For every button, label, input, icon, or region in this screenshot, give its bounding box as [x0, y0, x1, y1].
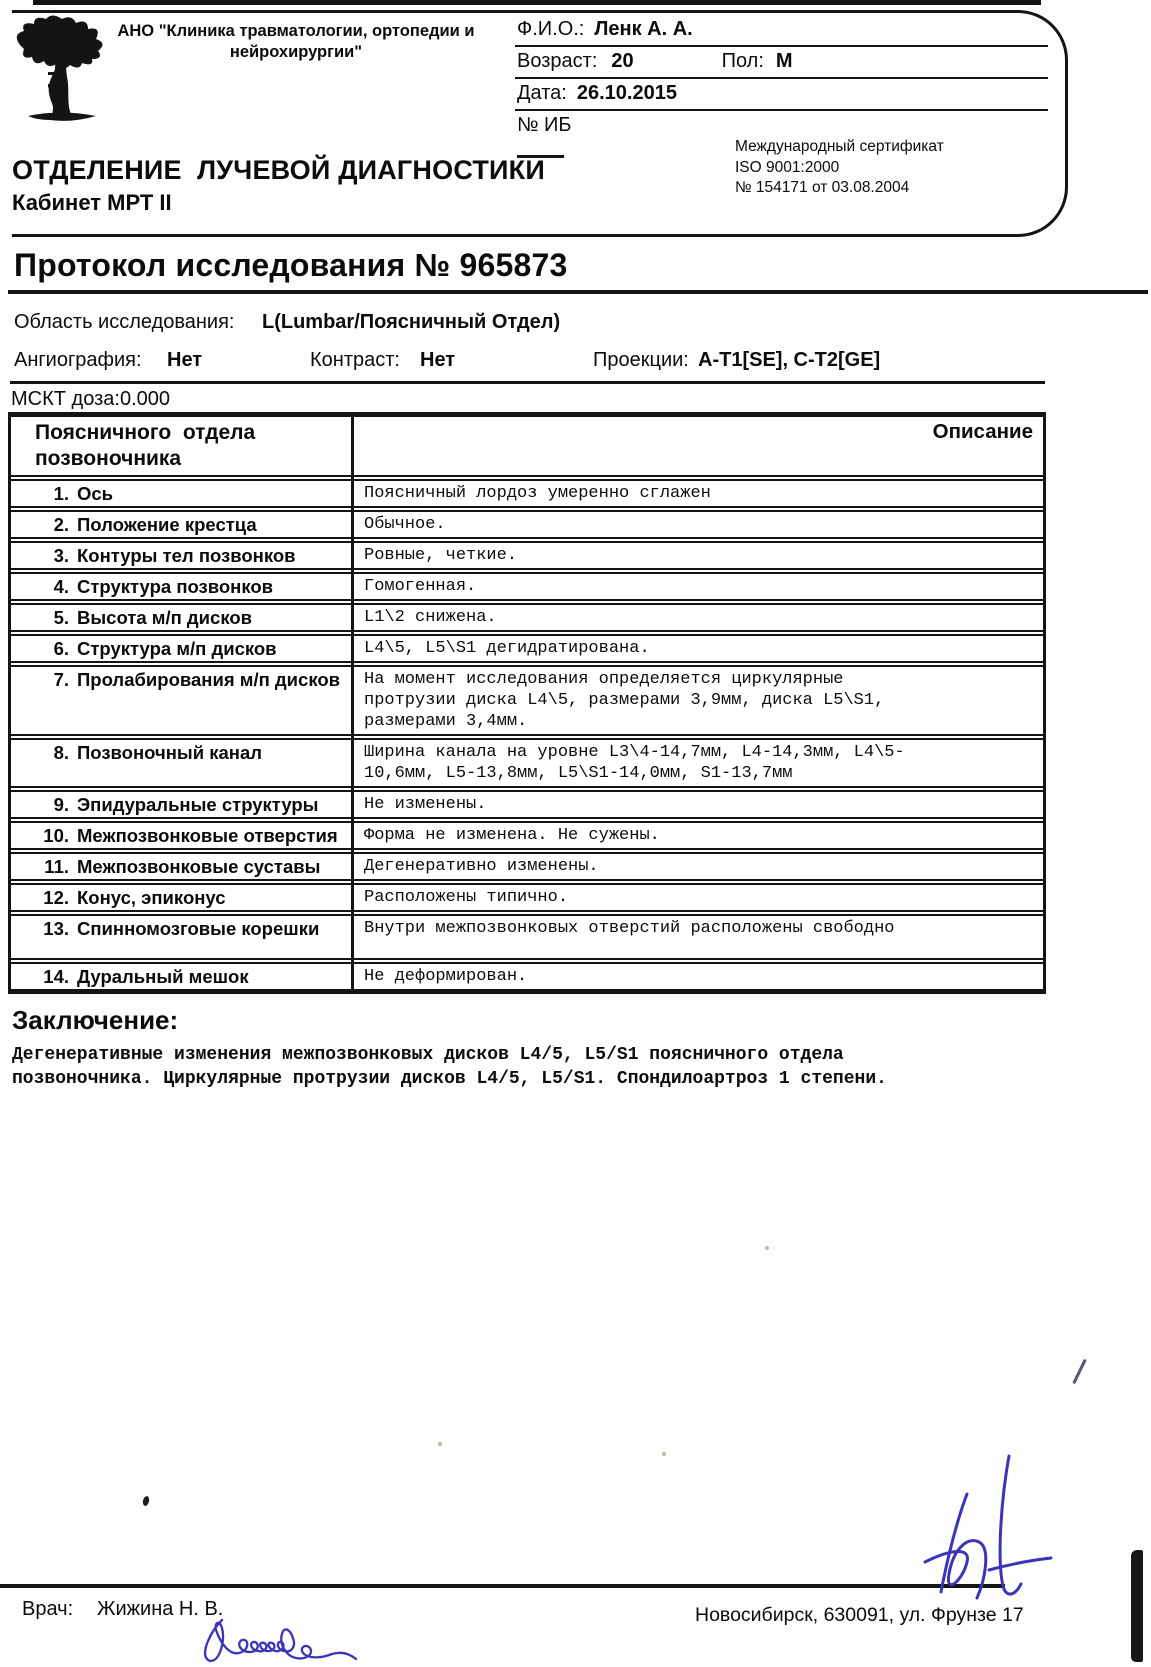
row-value: L4\5, L5\S1 дегидратирована. [351, 636, 1043, 661]
row-label: 4.Структура позвонков [11, 574, 351, 599]
row-label: 13.Спинномозговые корешки [11, 916, 351, 958]
row-value: Поясничный лордоз умеренно сглажен [351, 481, 1043, 506]
table-row: 1.ОсьПоясничный лордоз умеренно сглажен [11, 479, 1043, 508]
scan-speck [765, 1246, 769, 1250]
age-label: Возраст: [517, 50, 597, 73]
row-label-text: Пролабирования м/п дисков [77, 669, 340, 732]
row-number: 12. [11, 887, 69, 908]
date-label: Дата: [517, 82, 567, 105]
row-label-text: Дуральный мешок [77, 966, 249, 987]
scan-edge-artifact [33, 0, 1041, 5]
row-label-text: Спинномозговые корешки [77, 918, 319, 956]
certificate-line1: Международный сертификат [735, 137, 944, 158]
row-number: 10. [11, 825, 69, 846]
row-label: 5.Высота м/п дисков [11, 605, 351, 630]
row-number: 4. [11, 576, 69, 597]
table-row: 4.Структура позвонковГомогенная. [11, 572, 1043, 601]
row-value: Форма не изменена. Не сужены. [351, 823, 1043, 848]
row-value: Внутри межпозвонковых отверстий располож… [351, 916, 1043, 958]
row-value: Ширина канала на уровне L3\4-14,7мм, L4-… [351, 740, 1043, 786]
row-label: 14.Дуральный мешок [11, 964, 351, 989]
row-label: 12.Конус, эпиконус [11, 885, 351, 910]
row-label: 3.Контуры тел позвонков [11, 543, 351, 568]
clinic-logo-tree-icon [10, 15, 110, 125]
field-fio: Ф.И.О.: Ленк А. А. [515, 15, 1048, 47]
cabinet-title: Кабинет МРТ II [12, 190, 172, 216]
table-header-description: Описание [351, 417, 1043, 475]
row-label-text: Высота м/п дисков [77, 607, 252, 628]
date-value: 26.10.2015 [577, 82, 677, 105]
contrast-value: Нет [420, 349, 455, 372]
msct-dose: МСКТ доза:0.000 [11, 388, 170, 411]
content-flow: Поясничного отдела позвоночника Описание… [8, 412, 1046, 1092]
department-title: ОТДЕЛЕНИЕ ЛУЧЕВОЙ ДИАГНОСТИКИ [12, 155, 545, 186]
certificate-line2: ISO 9001:2000 [735, 158, 944, 179]
table-row: 3.Контуры тел позвонковРовные, четкие. [11, 541, 1043, 570]
row-value: Расположены типично. [351, 885, 1043, 910]
row-label: 9.Эпидуральные структуры [11, 792, 351, 817]
row-label-text: Конус, эпиконус [77, 887, 226, 908]
clinic-name-line1: АНО "Клиника травматологии, ортопедии и [116, 21, 476, 42]
row-label: 8.Позвоночный канал [11, 740, 351, 786]
table-row: 9.Эпидуральные структурыНе изменены. [11, 790, 1043, 819]
row-label: 7.Пролабирования м/п дисков [11, 667, 351, 734]
row-label-text: Межпозвонковые отверстия [77, 825, 338, 846]
row-number: 6. [11, 638, 69, 659]
row-number: 8. [11, 742, 69, 784]
sex-value: М [776, 50, 793, 73]
row-label: 1.Ось [11, 481, 351, 506]
table-row: 2.Положение крестцаОбычное. [11, 510, 1043, 539]
scan-speck [662, 1452, 666, 1456]
protocol-title: Протокол исследования № 965873 [14, 247, 567, 284]
row-value: Обычное. [351, 512, 1043, 537]
case-number-label: № ИБ [517, 114, 572, 137]
row-number: 5. [11, 607, 69, 628]
conclusion-title: Заключение: [12, 1005, 1046, 1036]
row-value: Не деформирован. [351, 964, 1043, 989]
angiography-value: Нет [167, 349, 202, 372]
row-number: 7. [11, 669, 69, 732]
row-value: На момент исследования определяется цирк… [351, 667, 1043, 734]
table-row: 12.Конус, эпиконусРасположены типично. [11, 883, 1043, 912]
field-age-sex: Возраст: 20 Пол: М [515, 47, 1048, 79]
row-label-text: Межпозвонковые суставы [77, 856, 320, 877]
row-label: 10.Межпозвонковые отверстия [11, 823, 351, 848]
row-number: 13. [11, 918, 69, 956]
doctor-signature [192, 1612, 377, 1667]
table-column-divider [351, 415, 354, 991]
row-label: 2.Положение крестца [11, 512, 351, 537]
clinic-name: АНО "Клиника травматологии, ортопедии и … [116, 21, 476, 62]
row-number: 9. [11, 794, 69, 815]
table-row: 7.Пролабирования м/п дисковНа момент исс… [11, 665, 1043, 736]
row-label-text: Контуры тел позвонков [77, 545, 296, 566]
table-row: 8.Позвоночный каналШирина канала на уров… [11, 738, 1043, 788]
row-value: Гомогенная. [351, 574, 1043, 599]
row-value: L1\2 снижена. [351, 605, 1043, 630]
field-date: Дата: 26.10.2015 [515, 79, 1048, 111]
area-value: L(Lumbar/Поясничный Отдел) [262, 311, 560, 334]
table-header-region: Поясничного отдела позвоночника [11, 417, 351, 475]
row-number: 14. [11, 966, 69, 987]
row-label-text: Эпидуральные структуры [77, 794, 318, 815]
second-signature [905, 1450, 1055, 1602]
angiography-label: Ангиография: [14, 349, 142, 372]
table-row: 13.Спинномозговые корешкиВнутри межпозво… [11, 914, 1043, 960]
table-row: 11.Межпозвонковые суставыДегенеративно и… [11, 852, 1043, 881]
certificate-line3: № 154171 от 03.08.2004 [735, 178, 944, 199]
row-number: 1. [11, 483, 69, 504]
pen-slash-artifact [1072, 1359, 1087, 1385]
row-value: Не изменены. [351, 792, 1043, 817]
findings-rows: 1.ОсьПоясничный лордоз умеренно сглажен2… [11, 479, 1043, 991]
separator-line [8, 290, 1148, 294]
sex-label: Пол: [722, 50, 764, 73]
table-row: 10.Межпозвонковые отверстияФорма не изме… [11, 821, 1043, 850]
row-number: 2. [11, 514, 69, 535]
table-header-row: Поясничного отдела позвоночника Описание [11, 415, 1043, 477]
area-label: Область исследования: [14, 311, 235, 334]
row-label: 11.Межпозвонковые суставы [11, 854, 351, 879]
row-number: 11. [11, 856, 69, 877]
row-label-text: Позвоночный канал [77, 742, 262, 784]
projections-value: A-T1[SE], C-T2[GE] [698, 349, 880, 372]
row-value: Ровные, четкие. [351, 543, 1043, 568]
age-value: 20 [611, 50, 633, 73]
conclusion-text: Дегенеративные изменения межпозвонковых … [12, 1043, 972, 1092]
ink-dot-artifact [142, 1495, 150, 1506]
scan-smudge-artifact [1131, 1550, 1143, 1662]
findings-table: Поясничного отдела позвоночника Описание… [8, 412, 1046, 994]
row-label-text: Ось [77, 483, 113, 504]
clinic-address: Новосибирск, 630091, ул. Фрунзе 17 [695, 1604, 1024, 1627]
fio-label: Ф.И.О.: [517, 18, 584, 41]
table-row: 6.Структура м/п дисковL4\5, L5\S1 дегидр… [11, 634, 1043, 663]
table-row: 14.Дуральный мешокНе деформирован. [11, 962, 1043, 991]
clinic-name-line2: нейрохирургии" [116, 42, 476, 63]
separator-line-thin [10, 381, 1045, 384]
doctor-label: Врач: [22, 1598, 73, 1621]
table-row: 5.Высота м/п дисковL1\2 снижена. [11, 603, 1043, 632]
row-value: Дегенеративно изменены. [351, 854, 1043, 879]
contrast-label: Контраст: [310, 349, 400, 372]
row-label-text: Структура м/п дисков [77, 638, 277, 659]
row-label-text: Положение крестца [77, 514, 257, 535]
projections-label: Проекции: [593, 349, 689, 372]
row-label: 6.Структура м/п дисков [11, 636, 351, 661]
scanned-mri-protocol-document: АНО "Клиника травматологии, ортопедии и … [0, 0, 1151, 1667]
fio-value: Ленк А. А. [594, 18, 692, 41]
row-number: 3. [11, 545, 69, 566]
footer-separator-line [0, 1584, 1005, 1588]
row-label-text: Структура позвонков [77, 576, 273, 597]
iso-certificate: Международный сертификат ISO 9001:2000 №… [735, 137, 944, 199]
scan-speck [438, 1442, 442, 1446]
